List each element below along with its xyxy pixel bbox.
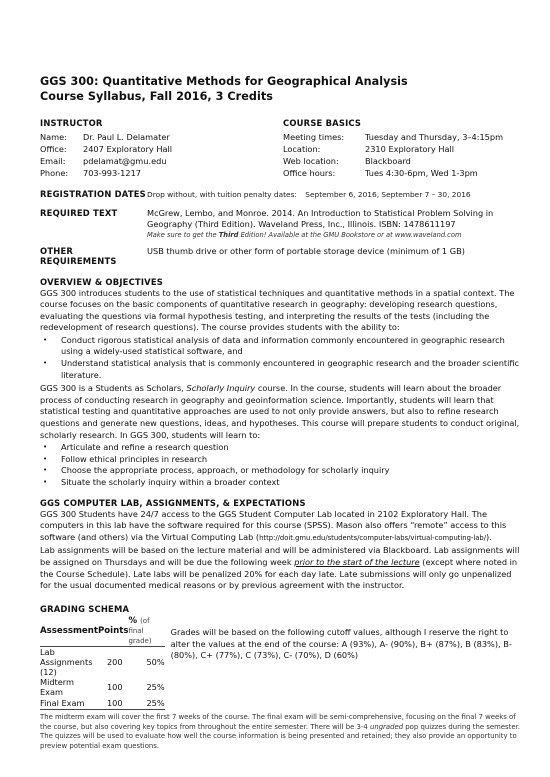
row-value: 2407 Exploratory Hall [83, 143, 172, 155]
instructor-row: Name:Dr. Paul L. Delamater [40, 131, 277, 143]
table-row: Lab Assignments (12)20050% [40, 646, 165, 677]
vcl-link[interactable]: http://doit.gmu.edu/students/computer-la… [259, 534, 486, 542]
exam-note: The midterm exam will cover the first 7 … [40, 713, 520, 751]
other-requirements-section: OTHER REQUIREMENTS USB thumb drive or ot… [40, 246, 520, 266]
course-basics-heading: COURSE BASICS [283, 118, 520, 128]
course-title: GGS 300: Quantitative Methods for Geogra… [40, 74, 520, 89]
syllabus-page: GGS 300: Quantitative Methods for Geogra… [40, 74, 520, 752]
registration-heading: REGISTRATION DATES [40, 189, 147, 201]
learn-list: Articulate and refine a research questio… [40, 442, 520, 488]
grading-heading: GRADING SCHEMA [40, 604, 520, 614]
row-label: Location: [283, 143, 365, 155]
row-label: Email: [40, 155, 83, 167]
basics-row: Web location:Blackboard [283, 155, 520, 167]
row-value: Tues 4:30-6pm, Wed 1-3pm [365, 167, 478, 179]
overview-heading: OVERVIEW & OBJECTIVES [40, 277, 520, 287]
email-link[interactable]: pdelamat@gmu.edu [83, 155, 167, 167]
row-label: Office: [40, 143, 83, 155]
row-value: 2310 Exploratory Hall [365, 143, 454, 155]
lab-access-paragraph: GGS 300 Students have 24/7 access to the… [40, 509, 520, 545]
row-label: Office hours: [283, 167, 365, 179]
list-item: Understand statistical analysis that is … [40, 358, 520, 381]
course-basics-block: COURSE BASICS Meeting times:Tuesday and … [277, 118, 520, 179]
overview-intro: GGS 300 introduces students to the use o… [40, 288, 520, 334]
row-value: Dr. Paul L. Delamater [83, 131, 170, 143]
lab-assignments-paragraph: Lab assignments will be based on the lec… [40, 545, 520, 591]
col-points: Points [98, 616, 129, 647]
required-text-section: REQUIRED TEXT McGrew, Lembo, and Monroe.… [40, 208, 520, 240]
basics-row: Location:2310 Exploratory Hall [283, 143, 520, 155]
grading-table: Assessment Points % (of final grade) Lab… [40, 616, 165, 711]
row-label: Phone: [40, 167, 83, 179]
row-label: Web location: [283, 155, 365, 167]
list-item: Situate the scholarly inquiry within a b… [40, 477, 520, 489]
abilities-list: Conduct rigorous statistical analysis of… [40, 335, 520, 381]
table-row: Midterm Exam10025% [40, 677, 165, 697]
row-value: Blackboard [365, 155, 411, 167]
registration-dates: September 6, 2016, September 7 – 30, 201… [305, 190, 470, 199]
row-label: Meeting times: [283, 131, 365, 143]
textbook-citation: McGrew, Lembo, and Monroe. 2014. An Intr… [147, 208, 520, 231]
textbook-note: Make sure to get the Third Edition! Avai… [147, 231, 520, 240]
lab-heading: GGS COMPUTER LAB, ASSIGNMENTS, & EXPECTA… [40, 498, 520, 508]
scholars-paragraph: GGS 300 is a Students as Scholars, Schol… [40, 383, 520, 441]
required-text-heading: REQUIRED TEXT [40, 208, 147, 240]
list-item: Articulate and refine a research questio… [40, 442, 520, 454]
registration-label: Drop without, with tuition penalty dates… [147, 190, 297, 199]
instructor-row: Phone:703-993-1217 [40, 167, 277, 179]
row-label: Name: [40, 131, 83, 143]
list-item: Choose the appropriate process, approach… [40, 465, 520, 477]
other-requirements-value: USB thumb drive or other form of portabl… [147, 246, 520, 266]
course-subtitle: Course Syllabus, Fall 2016, 3 Credits [40, 89, 520, 104]
info-columns: INSTRUCTOR Name:Dr. Paul L. Delamater Of… [40, 118, 520, 179]
instructor-row: Email:pdelamat@gmu.edu [40, 155, 277, 167]
basics-row: Meeting times:Tuesday and Thursday, 3–4:… [283, 131, 520, 143]
grade-cutoffs: Grades will be based on the following cu… [171, 627, 520, 711]
col-assessment: Assessment [40, 616, 98, 647]
instructor-block: INSTRUCTOR Name:Dr. Paul L. Delamater Of… [40, 118, 277, 179]
row-value: 703-993-1217 [83, 167, 141, 179]
instructor-row: Office:2407 Exploratory Hall [40, 143, 277, 155]
grading-block: Assessment Points % (of final grade) Lab… [40, 616, 520, 711]
registration-section: REGISTRATION DATES Drop without, with tu… [40, 189, 520, 201]
list-item: Conduct rigorous statistical analysis of… [40, 335, 520, 358]
instructor-heading: INSTRUCTOR [40, 118, 277, 128]
list-item: Follow ethical principles in research [40, 454, 520, 466]
col-percent: % (of final grade) [128, 616, 164, 647]
other-requirements-heading: OTHER REQUIREMENTS [40, 246, 147, 266]
row-value: Tuesday and Thursday, 3–4:15pm [365, 131, 503, 143]
table-row: Final Exam10025% [40, 697, 165, 710]
basics-row: Office hours:Tues 4:30-6pm, Wed 1-3pm [283, 167, 520, 179]
